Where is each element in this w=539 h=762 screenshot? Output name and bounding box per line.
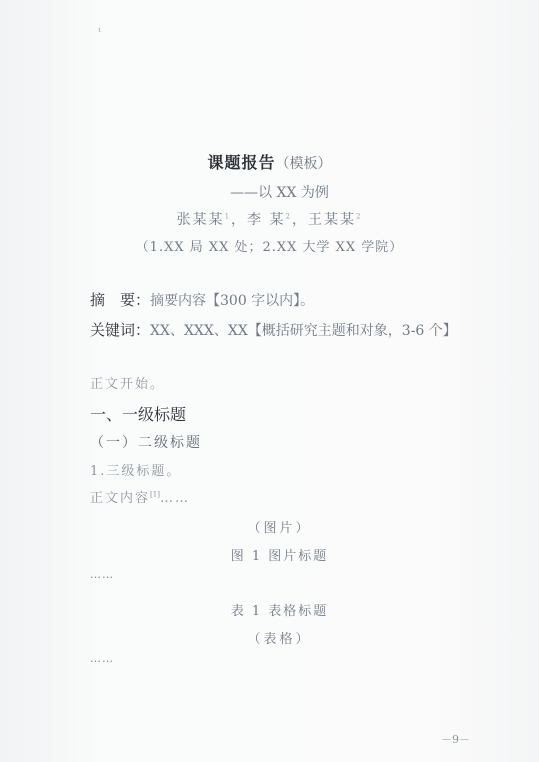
keywords-content: XX、XXX、XX【概括研究主题和对象，3-6 个】 [150, 323, 457, 339]
title-suffix: （模板） [276, 156, 332, 172]
page-number: －9－ [441, 731, 470, 747]
body-content: 正文内容[1]…… [90, 487, 190, 506]
table-placeholder: （表格） [0, 628, 539, 647]
abstract-content: 摘要内容【300 字以内】。 [150, 293, 314, 309]
abstract-label: 摘 要： [90, 291, 150, 309]
author-name: 王某某 [308, 212, 356, 228]
body-content-ellipsis: …… [160, 491, 190, 506]
author-list: 张某某1，李 某2，王某某2 [0, 209, 539, 229]
report-title: 课题报告（模板） [0, 150, 539, 173]
heading-level-1: 一、一级标题 [90, 402, 186, 425]
author-name: 张某某 [177, 212, 225, 228]
ellipsis-after-figure: …… [90, 568, 114, 581]
header-mark: ¹ [98, 27, 101, 36]
heading-level-2: （一）二级标题 [90, 432, 202, 452]
body-content-text: 正文内容 [90, 491, 150, 506]
figure-placeholder: （图片） [0, 517, 539, 536]
abstract: 摘 要：摘要内容【300 字以内】。 [90, 289, 314, 310]
keywords-label: 关键词： [90, 321, 150, 339]
report-subtitle: ——以 XX 为例 [0, 182, 539, 202]
document-page: ¹ 课题报告（模板） ——以 XX 为例 张某某1，李 某2，王某某2 （1.X… [0, 0, 539, 762]
ellipsis-after-table: …… [90, 652, 114, 665]
title-main: 课题报告 [207, 153, 275, 172]
author-name: 李 某 [247, 212, 285, 228]
table-caption: 表 1 表格标题 [0, 600, 539, 619]
keywords: 关键词：XX、XXX、XX【概括研究主题和对象，3-6 个】 [90, 319, 457, 340]
body-start-text: 正文开始。 [90, 373, 165, 392]
author-separator: ， [231, 212, 247, 228]
affiliations: （1.XX 局 XX 处；2.XX 大学 XX 学院） [0, 236, 539, 255]
figure-caption: 图 1 图片标题 [0, 545, 539, 564]
citation-ref: [1] [150, 491, 160, 499]
heading-level-3: 1.三级标题。 [90, 460, 181, 479]
author-separator: ， [292, 212, 308, 228]
author-affil-ref: 2 [356, 212, 362, 220]
